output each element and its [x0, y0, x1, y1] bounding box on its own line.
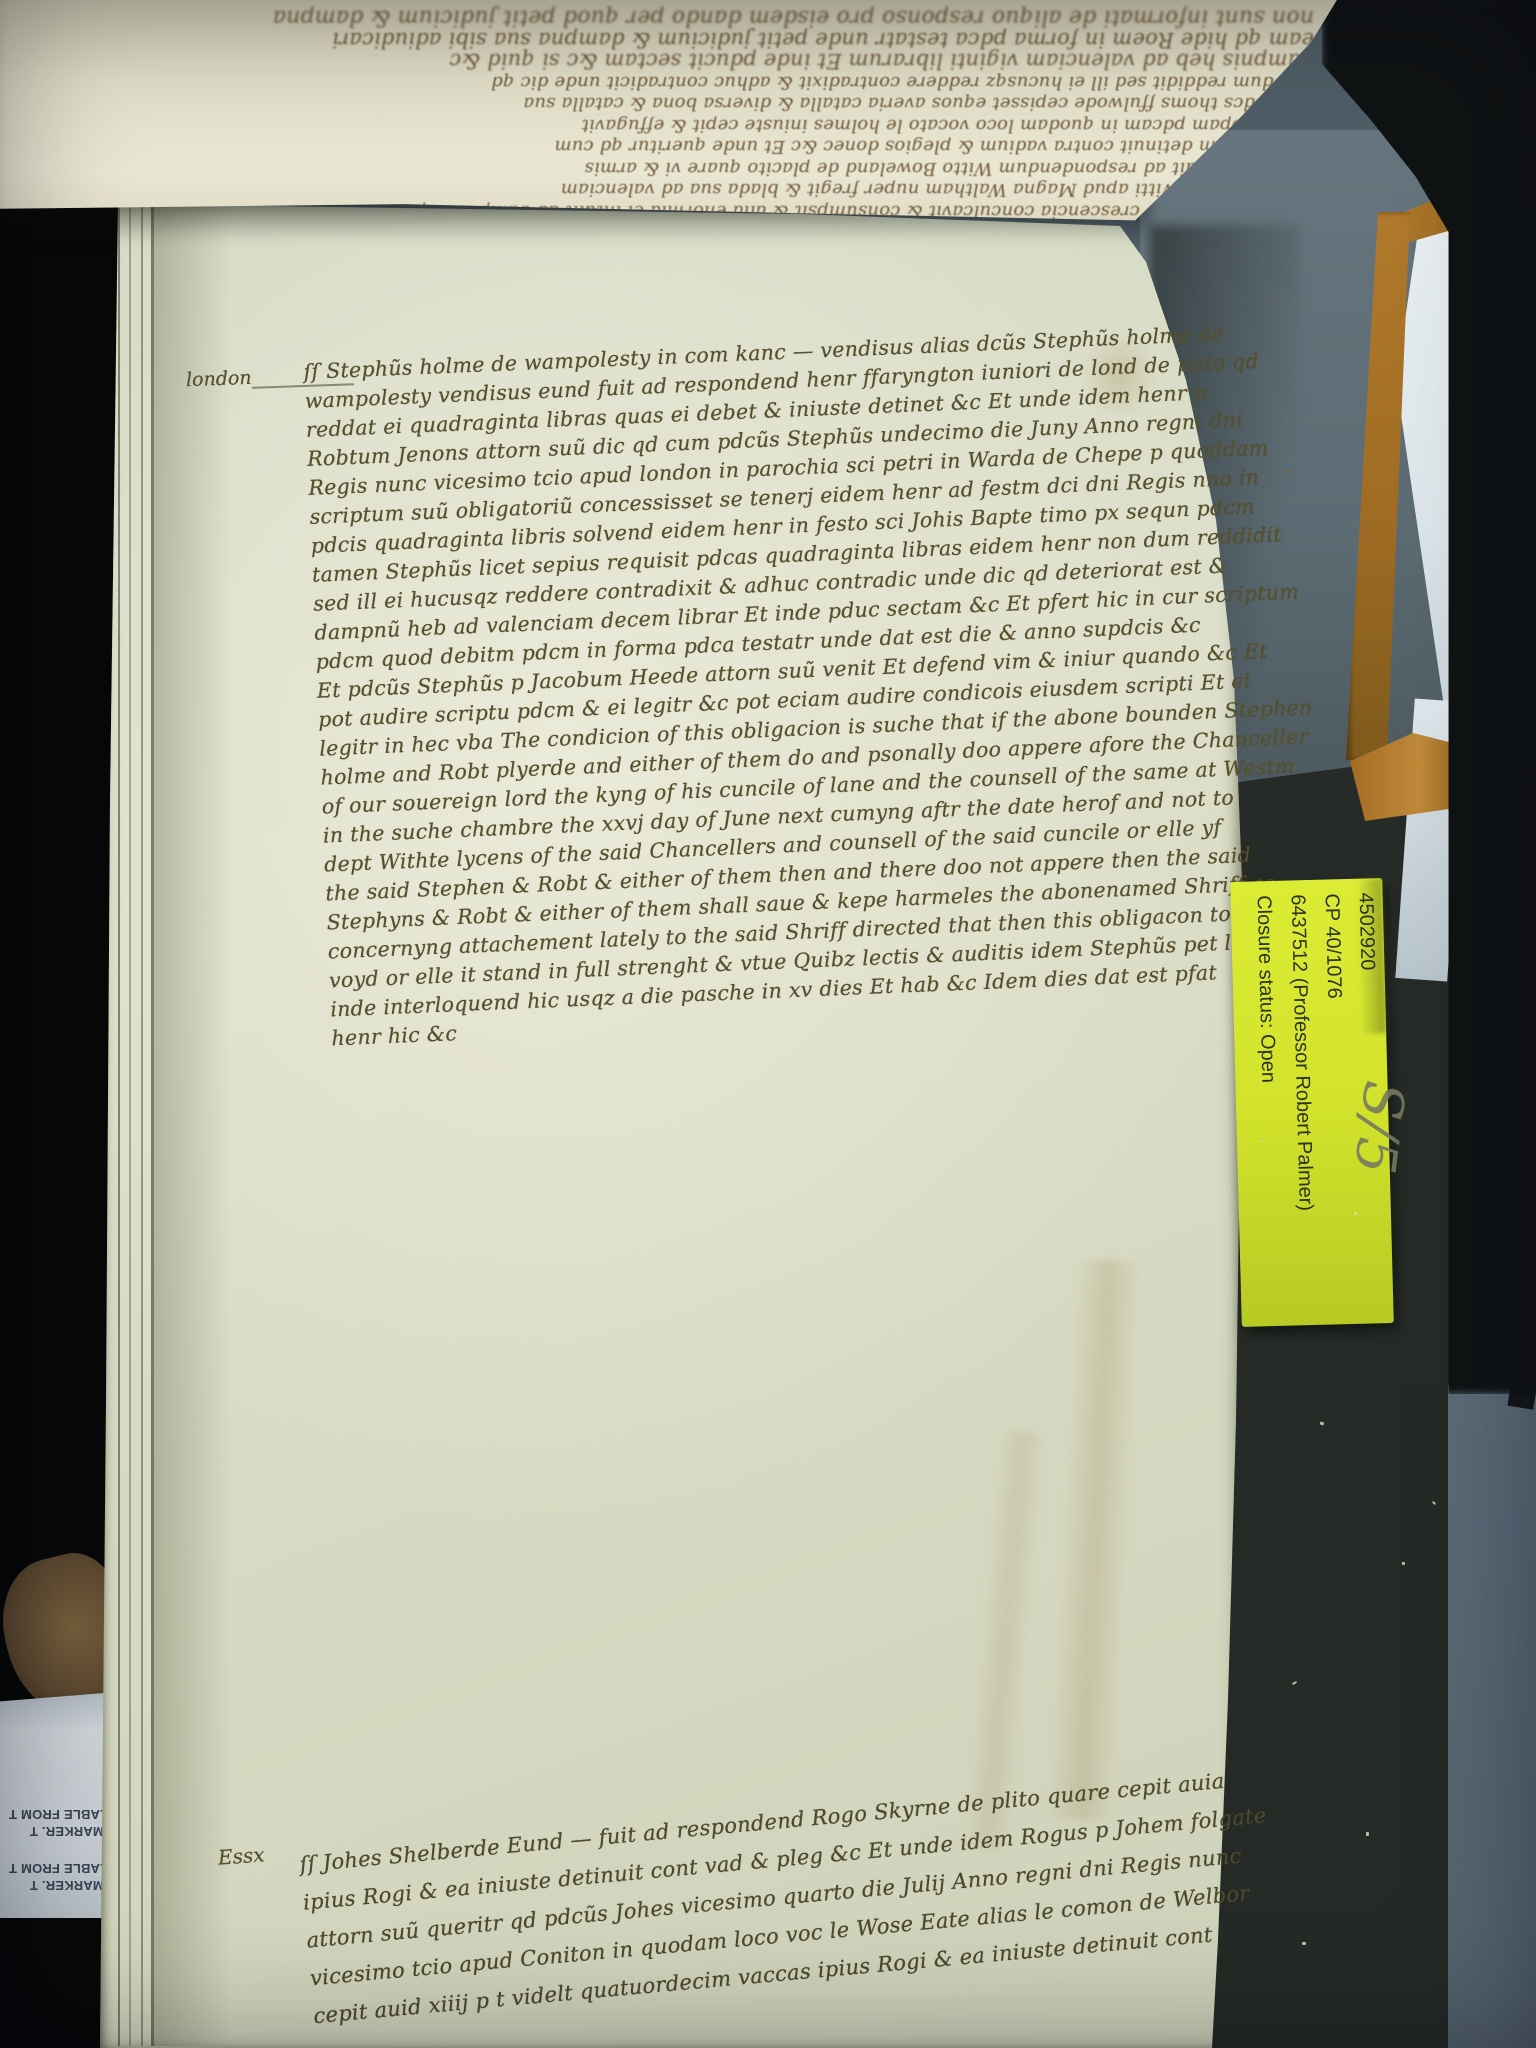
- page-left-fold-shade: [154, 202, 232, 2046]
- manuscript-line: non sunt informati de aliquo responso pr…: [34, 7, 1314, 29]
- membrane-stack-edge: [118, 200, 120, 2046]
- manuscript-line: tunc pdcs thoms ffulwode cepisset equos …: [34, 93, 1314, 115]
- manuscript-line: dampnis heb ad valenciam viginti libraru…: [34, 50, 1314, 72]
- margin-note-county-london: london: [186, 367, 252, 391]
- membrane-stack-edge: [141, 200, 143, 2046]
- manuscript-line: attachiatus fuit ad respondendum Witto B…: [34, 158, 1314, 180]
- photograph-plea-roll-page: THIS MARKER. TAVAILABLE FROM T THIS MARK…: [0, 0, 1536, 2048]
- dark-support-board-lower: [1198, 1385, 1454, 2048]
- dust-speck: [1285, 470, 1289, 473]
- flipped-up-page: xL s ibidem nuper crescencia conculcavit…: [0, 0, 1345, 232]
- manuscript-line: et ea ibidem detinuit contra vadium & pl…: [34, 136, 1314, 158]
- dust-speck: [1260, 1140, 1263, 1142]
- manuscript-line: eam qd hide Roem in forma pdca testatr u…: [34, 29, 1314, 51]
- manuscript-entry-1: ſſ Stephũs holme de wampolesty in com ka…: [303, 321, 1211, 1053]
- dust-speck: [1366, 1832, 1369, 1836]
- dust-speck: [1265, 302, 1268, 304]
- dust-speck: [1302, 1942, 1306, 1945]
- dust-speck: [1300, 622, 1303, 625]
- dust-speck: [1402, 1562, 1405, 1565]
- table-surface-right: [1448, 1385, 1536, 2048]
- manuscript-line: apud thopam pdcam in quodam loco vocato …: [34, 115, 1314, 137]
- membrane-stack-edge: [129, 200, 131, 2046]
- flipped-page-text-upside-down: xL s ibidem nuper crescencia conculcavit…: [34, 4, 1314, 222]
- manuscript-line: non dum reddidit sed ill ei hucusqz redd…: [34, 72, 1314, 94]
- manuscript-line: clausum ipius Witti apud Magna Waltham n…: [34, 179, 1314, 201]
- pencil-annotation: S/5: [1275, 1069, 1416, 1184]
- dust-speck: [1354, 1212, 1357, 1215]
- margin-note-county-essex: Essx: [217, 1842, 265, 1869]
